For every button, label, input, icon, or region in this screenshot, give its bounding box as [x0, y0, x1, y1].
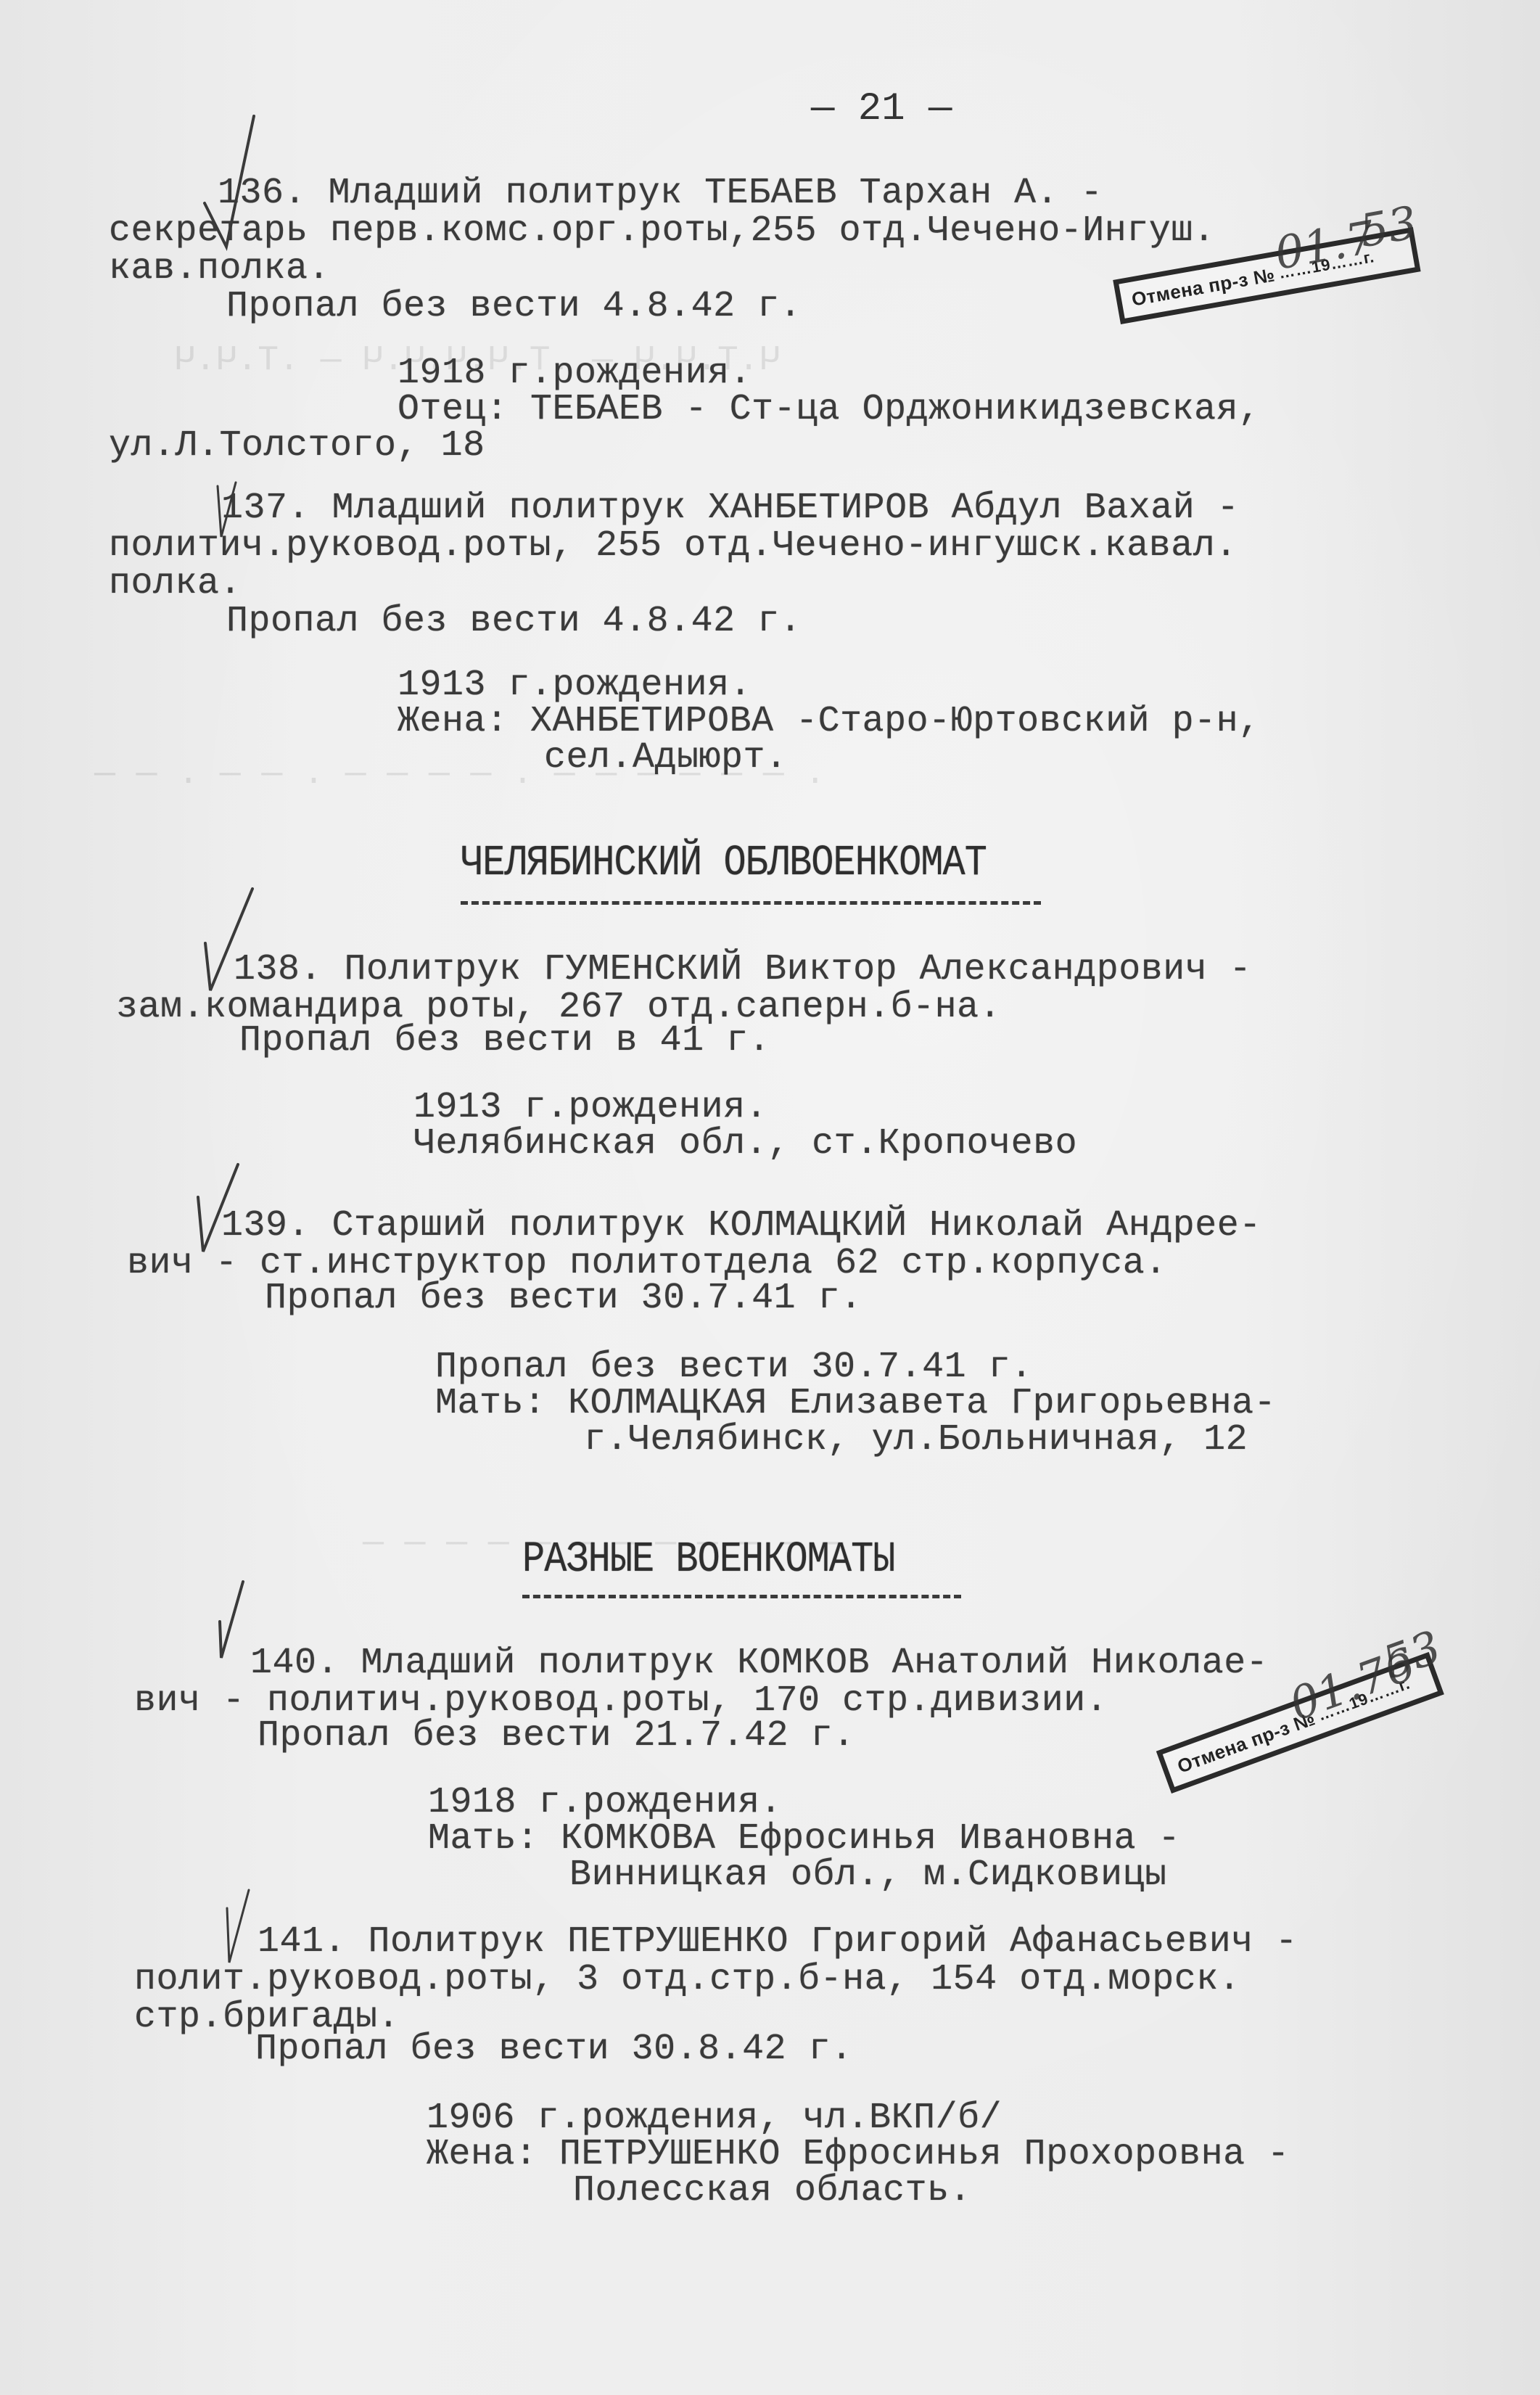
entry-140-address: Винницкая обл., м.Сидковицы	[569, 1857, 1167, 1894]
entry-138-line-1: 138. Политрук ГУМЕНСКИЙ Виктор Александр…	[234, 952, 1251, 988]
entry-140-status: Пропал без вести 21.7.42 г.	[258, 1718, 855, 1754]
entry-136-address: ул.Л.Толстого, 18	[109, 428, 485, 464]
entry-141-address: Полесская область.	[573, 2173, 971, 2209]
section-heading-various: РАЗНЫЕ ВОЕНКОМАТЫ	[522, 1538, 895, 1582]
entry-139-address: г.Челябинск, ул.Больничная, 12	[584, 1422, 1248, 1458]
entry-137-birth: 1913 г.рождения.	[398, 667, 752, 704]
entry-141-relative: Жена: ПЕТРУШЕНКО Ефросинья Прохоровна -	[427, 2137, 1290, 2173]
entry-136-line-1: 136. Младший политрук ТЕБАЕВ Тархан А. -	[218, 176, 1103, 212]
entry-136-birth: 1918 г.рождения.	[398, 356, 752, 392]
page-number: — 21 —	[811, 87, 952, 131]
section-heading-chelyabinsk: ЧЕЛЯБИНСКИЙ ОБЛВОЕНКОМАТ	[461, 842, 987, 885]
entry-140-line-2: вич - политич.руковод.роты, 170 стр.диви…	[134, 1683, 1108, 1720]
entry-141-line-2: полит.руковод.роты, 3 отд.стр.б-на, 154 …	[134, 1962, 1240, 1998]
entry-141-birth: 1906 г.рождения, чл.ВКП/б/	[427, 2100, 1002, 2137]
entry-140-line-1: 140. Младший политрук КОМКОВ Анатолий Ни…	[250, 1646, 1268, 1682]
entry-139-relative: Мать: КОЛМАЦКАЯ Елизавета Григорьевна-	[435, 1386, 1276, 1422]
section-underline	[522, 1595, 961, 1598]
checkmark-icon	[223, 1886, 252, 1966]
entry-136-status: Пропал без вести 4.8.42 г.	[226, 289, 802, 325]
entry-138-status: Пропал без вести в 41 г.	[239, 1023, 770, 1059]
entry-137-relative: Жена: ХАНБЕТИРОВА -Старо-Юртовский р-н,	[398, 704, 1261, 740]
entry-138-birth: 1913 г.рождения.	[413, 1090, 767, 1126]
stamp-handwritten-year: 53	[1355, 196, 1420, 258]
entry-141-line-1: 141. Политрук ПЕТРУШЕНКО Григорий Афанас…	[258, 1924, 1298, 1960]
document-page: Ч.Т.Ч.Ч — .Т.Ч.Ч.Ч.Ч — .Т.Ч.Ч . — — — — …	[0, 0, 1540, 2395]
entry-137-address: сел.Адыюрт.	[544, 740, 788, 776]
section-underline	[461, 901, 1041, 905]
entry-137-status: Пропал без вести 4.8.42 г.	[226, 604, 802, 640]
entry-136-line-2: секретарь перв.комс.орг.роты,255 отд.Чеч…	[109, 213, 1215, 250]
entry-139-status: Пропал без вести 30.7.41 г.	[265, 1281, 862, 1317]
checkmark-icon	[214, 1578, 250, 1672]
entry-140-birth: 1918 г.рождения.	[428, 1785, 782, 1821]
entry-136-line-3: кав.полка.	[109, 251, 330, 287]
entry-138-address: Челябинская обл., ст.Кропочево	[413, 1126, 1077, 1162]
stamp-label: Отмена пр-з №	[1130, 263, 1277, 311]
entry-140-relative: Мать: КОМКОВА Ефросинья Ивановна -	[428, 1821, 1180, 1857]
entry-137-line-3: полка.	[109, 566, 242, 602]
entry-139-status-repeat: Пропал без вести 30.7.41 г.	[435, 1350, 1033, 1386]
entry-139-line-2: вич - ст.инструктор политотдела 62 стр.к…	[127, 1246, 1167, 1282]
entry-136-relative: Отец: ТЕБАЕВ - Ст-ца Орджоникидзевская,	[398, 392, 1261, 428]
entry-137-line-2: политич.руковод.роты, 255 отд.Чечено-инг…	[109, 528, 1238, 564]
entry-139-line-1: 139. Старший политрук КОЛМАЦКИЙ Николай …	[221, 1208, 1261, 1244]
entry-137-line-1: 137. Младший политрук ХАНБЕТИРОВ Абдул В…	[221, 490, 1239, 527]
entry-141-status: Пропал без вести 30.8.42 г.	[255, 2032, 853, 2068]
